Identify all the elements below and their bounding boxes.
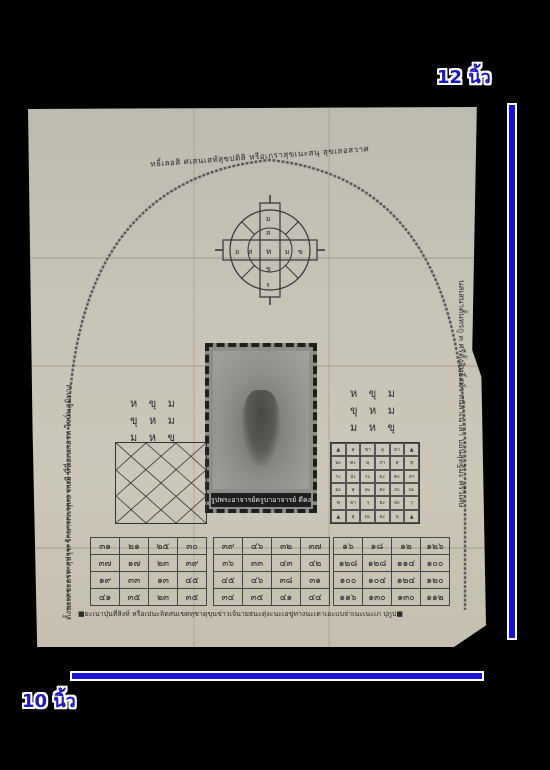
- portrait-image: [213, 351, 309, 489]
- height-dimension-label: 12 นิ้ว: [437, 62, 491, 91]
- right-side-inscription: นสเสนาตั้นทรกู ๓ ศรีตั้งสิทธิ์สมั่ว ถนัส…: [455, 280, 468, 620]
- letters-left: ห ขุ ม ขุ ห ม ม ห ขุ: [130, 395, 179, 446]
- left-side-inscription: ตั้งนะเดชะอรห สุปวุฑ รักษาพระพุทธ ตนมี ท…: [62, 300, 75, 620]
- seated-monk-figure: [242, 390, 280, 466]
- width-dimension-line: [70, 671, 484, 681]
- letter-row: ห ขุ ม: [350, 385, 399, 402]
- svg-text:ข: ข: [298, 248, 303, 256]
- svg-text:ส: ส: [266, 229, 271, 237]
- square-yantra-grid: ▲สุชาอุยา▲ นะตะมุภาสุทุ ระปะระผะตะลา มะส…: [330, 442, 420, 524]
- letter-row: ห ขุ ม: [130, 395, 179, 412]
- diamond-yantra: [115, 442, 207, 524]
- number-table-middle: ๓๙๔๖๓๒๓๗ ๓๖๓๓๔๓๔๒ ๔๕๔๖๓๘๓๑ ๓๔๓๕๔๑๔๔: [213, 537, 330, 606]
- svg-text:อ: อ: [235, 248, 239, 256]
- letter-row: ขุ ห ม: [130, 412, 179, 429]
- svg-text:ขุ: ขุ: [266, 265, 271, 273]
- letter-row: ขุ ห ม: [350, 402, 399, 419]
- width-dimension-label: 10 นิ้ว: [22, 686, 76, 715]
- portrait-caption: รูปพระอาจารย์ครูบาอาจารย์ ดีคง: [211, 493, 311, 507]
- svg-text:ร: ร: [266, 281, 270, 289]
- svg-text:ม: ม: [266, 215, 271, 223]
- letters-right: ห ขุ ม ขุ ห ม ม ห ขุ: [350, 385, 399, 436]
- number-table-right: ๑๖๑๘๑๒๑๒๖ ๑๒๘๑๒๘๑๑๔๑๐๐ ๑๐๐๑๐๔๑๒๔๑๒๐ ๑๑๖๑…: [333, 537, 450, 606]
- svg-text:ม: ม: [285, 248, 290, 256]
- number-table-left: ๓๑๒๑๒๕๓๐ ๓๗๑๗๒๓๓๙ ๑๙๓๓๑๓๔๕ ๔๑๓๕๒๓๓๕: [90, 537, 207, 606]
- bottom-inscription: ■ยะเนาปุ่นที่สิงห์ หรือเปนะลิตสนเขตทุชาต…: [78, 609, 458, 620]
- height-dimension-line: [507, 103, 517, 640]
- wheel-yantra: ม ส ห ขุ ร อ ส ม ข: [215, 195, 325, 305]
- letter-row: ม ห ขุ: [350, 419, 399, 436]
- svg-text:ห: ห: [266, 247, 271, 256]
- monk-portrait: รูปพระอาจารย์ครูบาอาจารย์ ดีคง: [205, 343, 317, 513]
- svg-text:ส: ส: [248, 248, 253, 256]
